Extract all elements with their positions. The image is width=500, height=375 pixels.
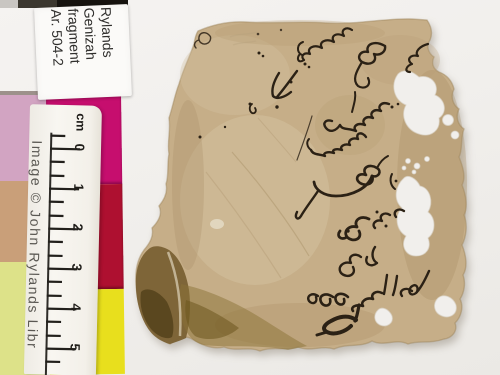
photo-scene: Image © John Rylands Libr cm 0 1 2 3 4 5 (0, 0, 500, 375)
manuscript-fragment (136, 19, 467, 351)
manuscript-fragment-image (0, 0, 500, 375)
